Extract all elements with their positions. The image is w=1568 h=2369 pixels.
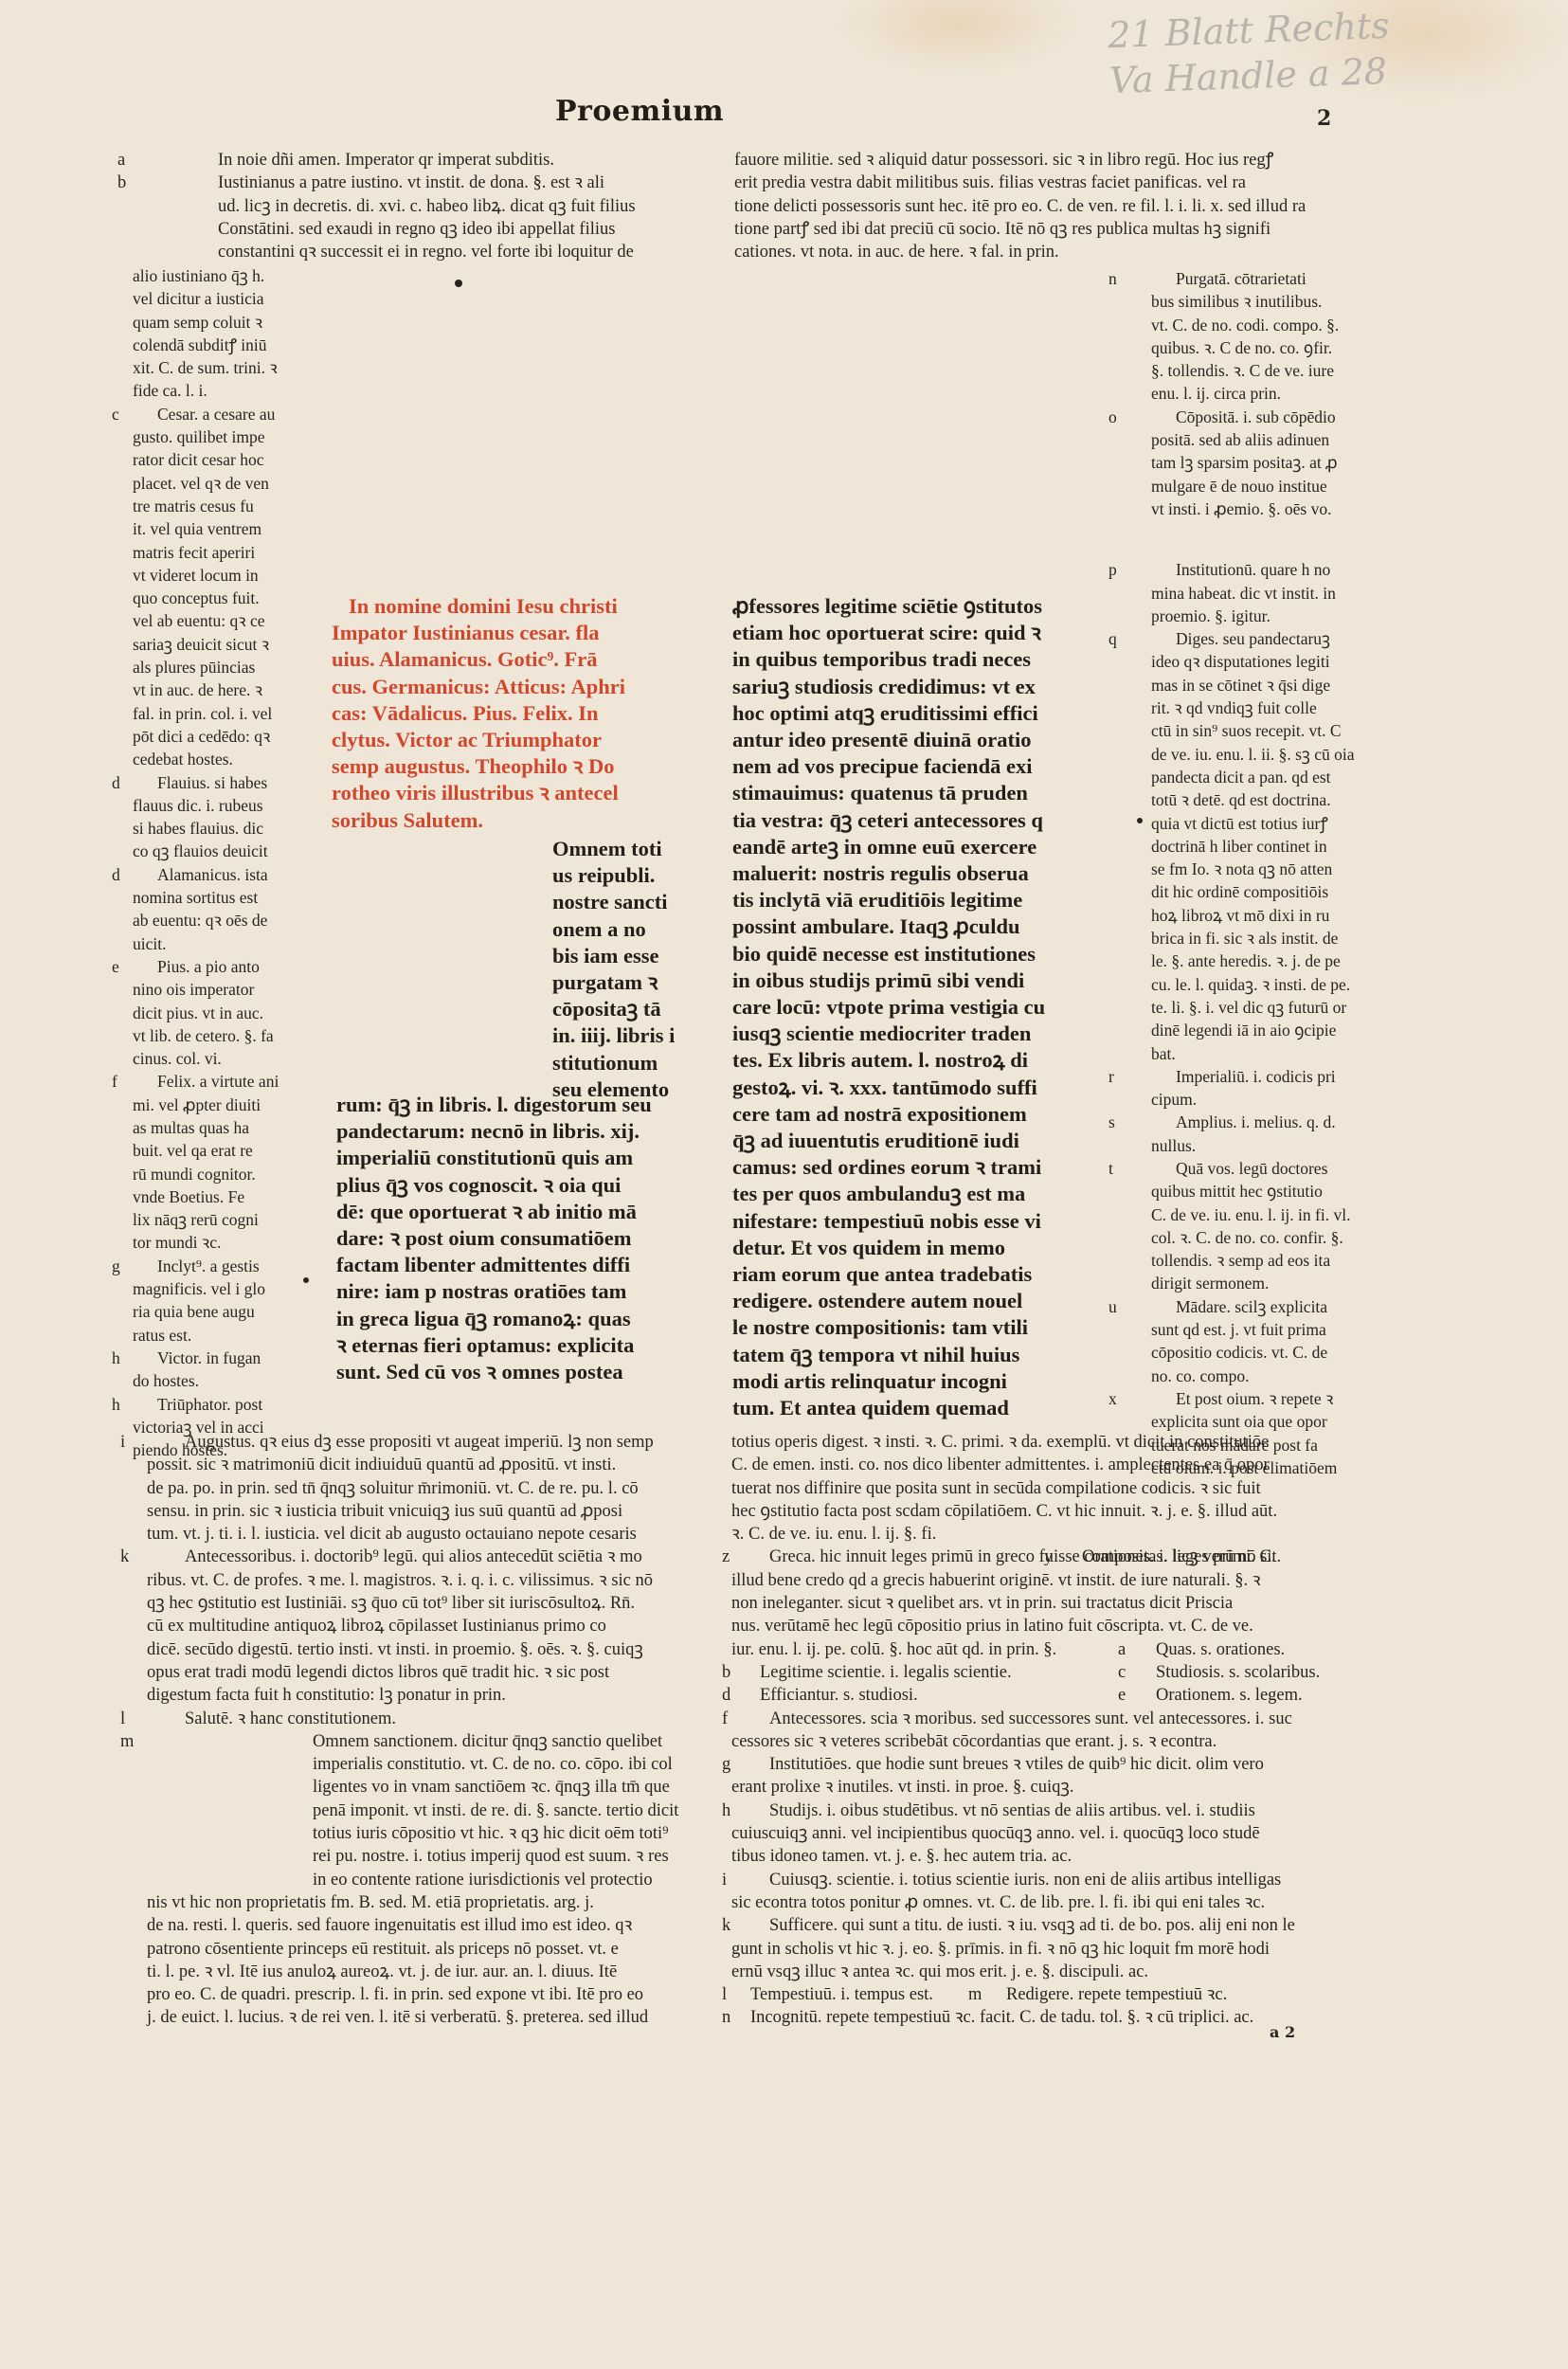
gloss-line: cipum.	[1151, 1088, 1388, 1111]
gloss-line: dicit pius. vt in auc.	[133, 1002, 332, 1024]
rubric-line: cus. Germanicus: Atticus: Aphri	[332, 674, 730, 700]
gloss-line: se fm Io. ꝛ nota qꝫ nō atten	[1151, 858, 1388, 880]
gloss-line: vt videret locum in	[133, 564, 332, 587]
gloss-line: Antecessores. scia ꝛ moribus. sed succes…	[731, 1708, 1357, 1730]
gloss-note-q: qDiges. seu pandectaruꝫideo qꝛ disputati…	[1151, 627, 1388, 1065]
gloss-line: le. §. ante heredis. ꝛ. j. de pe	[1151, 949, 1388, 972]
main-line: detur. Et vos quidem in memo	[732, 1235, 1111, 1261]
note-letter: e	[112, 955, 135, 978]
main-line: modi artis relinquatur incogni	[732, 1368, 1111, 1395]
gloss-line: nis vt hic non proprietatis fm. B. sed. …	[130, 1891, 717, 1914]
gloss-line: vt. C. de no. codi. compo. §.	[1151, 314, 1388, 336]
note-letter: h	[722, 1799, 745, 1822]
gloss-line: tre matris cesus fu	[133, 495, 332, 517]
gloss-line: fauore militie. sed ꝛ aliquid datur poss…	[734, 149, 1350, 172]
gloss-line: bus similibus ꝛ inutilibus.	[1151, 290, 1388, 313]
gloss-line: in eo contente ratione iurisdictionis ve…	[313, 1869, 717, 1891]
gloss-note-c: cCesar. a cesare augusto. quilibet imper…	[133, 403, 332, 771]
note-letter: d	[722, 1684, 730, 1707]
gloss-line: tam lꝫ sparsim positaꝫ. at ꝓ	[1151, 451, 1388, 474]
gloss-line: gunt in scholis vt hic ꝛ. j. eo. §. prīm…	[731, 1938, 1357, 1961]
gloss-line: it. vel quia ventrem	[133, 517, 332, 540]
gloss-line: ti. l. pe. ꝛ vl. Itē ius anuloꝝ aureoꝝ. …	[130, 1961, 717, 1983]
main-line: possint ambulare. Itaqꝫ ꝓculdu	[732, 913, 1111, 940]
gloss-pair-row: dEfficiantur. s. studiosi.eOrationem. s.…	[731, 1684, 1357, 1707]
water-stain	[834, 0, 1080, 76]
main-line: rum: q̄ꝫ in libris. l. digestorum seu	[336, 1092, 734, 1118]
gloss-line: explicita sunt oia que opor	[1151, 1410, 1388, 1433]
gloss-line: cinus. col. vi.	[133, 1047, 332, 1070]
gloss-line: Felix. a virtute ani	[133, 1070, 332, 1093]
gloss-line: Cesar. a cesare au	[133, 403, 332, 425]
gloss-line: erit predia vestra dabit militibus suis.…	[734, 172, 1350, 194]
gloss-line: totū ꝛ detē. qd est doctrina.	[1151, 788, 1388, 811]
gloss-bottom-right-continuation: totius operis digest. ꝛ insti. ꝛ. C. pri…	[731, 1431, 1357, 1546]
main-line: stitutionum	[552, 1050, 723, 1076]
note-letter: b	[722, 1661, 730, 1684]
gloss-line: Antecessoribus. i. doctorib⁹ legū. qui a…	[147, 1546, 717, 1568]
gloss-line: penā imponit. vt insti. de re. di. §. sa…	[313, 1799, 717, 1822]
gloss-line: de na. resti. l. queris. sed fauore inge…	[130, 1914, 717, 1937]
gloss-line: sariaꝫ deuicit sicut ꝛ	[133, 633, 332, 656]
gloss-line: Imperialiū. i. codicis pri	[1151, 1065, 1388, 1088]
gloss-line: Omnem sanctionem. dicitur q̄nqꝫ sanctio …	[313, 1730, 717, 1753]
gloss-note-n: n Incognitū. repete tempestiuū ꝛc. facit…	[731, 2006, 1357, 2029]
rubric-line: uius. Alamanicus. Gotic⁹. Frā	[332, 646, 730, 673]
gloss-line: tor mundi ꝛc.	[133, 1231, 332, 1254]
gloss-line: buit. vel qa erat re	[133, 1139, 332, 1162]
gloss-line: Mādare. scilꝫ explicita	[1151, 1295, 1388, 1318]
gloss-line: te. li. §. i. vel dic qꝫ futurū or	[1151, 996, 1388, 1019]
running-head: Proemium	[555, 95, 724, 128]
gloss-note-l: lSalutē. ꝛ hanc constitutionem.	[130, 1708, 717, 1730]
gloss-line: Incognitū. repete tempestiuū ꝛc. facit. …	[750, 2008, 1253, 2027]
gloss-line: opus erat tradi modū legendi dictos libr…	[147, 1661, 717, 1684]
main-line: tum. Et antea quidem quemad	[732, 1395, 1111, 1421]
gloss-note-t: tQuā vos. legū doctoresquibus mittit hec…	[1151, 1157, 1388, 1295]
rubric-line: rotheo viris illustribus ꝛ antecel	[332, 780, 730, 806]
gloss-line: as multas quas ha	[133, 1116, 332, 1139]
gloss-line: pandecta dicit a pan. qd est	[1151, 766, 1388, 788]
gloss-line: tione partꝭ sed ibi dat preciū cū socio.…	[734, 218, 1350, 241]
gloss-note-l-m: l Tempestiuū. i. tempus est. m Redigere.…	[731, 1983, 1357, 2006]
main-line: q̄ꝫ ad iuuentutis eruditionē iudi	[732, 1128, 1111, 1154]
gloss-line: Purgatā. cōtrarietati	[1151, 267, 1388, 290]
gloss-bottom-right-items: fAntecessores. scia ꝛ moribus. sed succe…	[731, 1708, 1357, 1984]
note-letter: h	[112, 1393, 135, 1416]
main-line: maluerit: nostris regulis obserua	[732, 860, 1111, 887]
gloss-line: ligentes vo in vnam sanctiōem ꝛc. q̄nqꝫ …	[313, 1776, 717, 1799]
main-line: in greca ligua q̄ꝫ romanoꝝ: quas	[336, 1306, 734, 1332]
gloss-line: tuerat nos diffinire que posita sunt in …	[731, 1477, 1357, 1500]
gloss-note-d: dAlamanicus. istanomina sortitus estab e…	[133, 863, 332, 955]
main-line: cere tam ad nostrā expositionem	[732, 1101, 1111, 1128]
main-line: tes per quos ambulanduꝫ est ma	[732, 1181, 1111, 1207]
gloss-line: ctū in sin⁹ suos recepit. vt. C	[1151, 719, 1388, 742]
gloss-line: Quā vos. legū doctores	[1151, 1157, 1388, 1180]
main-line: etiam hoc oportuerat scire: quid ꝛ	[732, 620, 1111, 646]
gloss-line: rit. ꝛ qd vndiqꝫ fuit colle	[1151, 696, 1388, 719]
note-letter: d	[112, 863, 135, 886]
gloss-note-n: nPurgatā. cōtrarietatibus similibus ꝛ in…	[1151, 267, 1388, 406]
pencil-line: 21 Blatt Rechts	[1107, 5, 1390, 56]
note-letter: i	[722, 1869, 745, 1891]
gloss-line: cōpositio codicis. vt. C. de	[1151, 1341, 1388, 1364]
gloss-line: Institutionū. quare h no	[1151, 558, 1388, 581]
main-line: nifestare: tempestiuū nobis esse vi	[732, 1208, 1111, 1235]
gloss-note-f: fFelix. a virtute animi. vel ꝓpter diuit…	[133, 1070, 332, 1254]
main-line: factam libenter admittentes diffi	[336, 1252, 734, 1278]
gloss-line: hec ꝯstitutio facta post scdam cōpilatiō…	[731, 1500, 1357, 1523]
note-letter: z	[722, 1546, 745, 1568]
gloss-line: pōt dici a cedēdo: qꝛ	[133, 725, 332, 748]
gloss-note-h: hStudijs. i. oibus studētibus. vt nō sen…	[731, 1799, 1357, 1869]
gloss-line: Augustus. qꝛ eius dꝫ esse propositi vt a…	[147, 1431, 717, 1454]
gloss-note-g: gInclyt⁹. a gestismagnificis. vel i glor…	[133, 1255, 332, 1347]
gloss-line: gusto. quilibet impe	[133, 425, 332, 448]
signature-mark: a 2	[1270, 2023, 1295, 2041]
gloss-bottom-right: totius operis digest. ꝛ insti. ꝛ. C. pri…	[731, 1431, 1357, 2030]
gloss-line: vt insti. i ꝓemio. §. oēs vo.	[1151, 497, 1388, 520]
main-line: dē: que oportuerat ꝛ ab initio mā	[336, 1199, 734, 1225]
gloss-line: ernū vsqꝫ illuc ꝛ antea ꝛc. qui mos erit…	[731, 1961, 1357, 1983]
note-letter: u	[1108, 1295, 1131, 1318]
gloss-note-o: oCōpositā. i. sub cōpēdiopositā. sed ab …	[1151, 406, 1388, 520]
gloss-line: patrono cōsentiente princeps eū restitui…	[130, 1938, 717, 1961]
main-text-wide: rum: q̄ꝫ in libris. l. digestorum seu pa…	[336, 1092, 734, 1385]
ink-speck	[455, 280, 462, 287]
gloss-note-k: kAntecessoribus. i. doctorib⁹ legū. qui …	[130, 1546, 717, 1707]
main-line: pandectarum: necnō in libris. xij.	[336, 1118, 734, 1145]
gloss-line: Flauius. si habes	[133, 771, 332, 794]
gloss-line: doctrinā h liber continet in	[1151, 835, 1388, 858]
gloss-line: erant prolixe ꝛ inutiles. vt insti. in p…	[731, 1776, 1357, 1799]
gloss-line: dicē. secūdo digestū. tertio insti. vt i…	[147, 1638, 717, 1661]
gloss-line: nullus.	[1151, 1134, 1388, 1157]
gloss-line: sensu. in prin. sic ꝛ iusticia tribuit v…	[147, 1500, 717, 1523]
gloss-line: Diges. seu pandectaruꝫ	[1151, 627, 1388, 650]
gloss-note-h: hVictor. in fugando hostes.	[133, 1347, 332, 1393]
main-text-column-2: ꝓfessores legitime sciētie ꝯstitutosetia…	[732, 593, 1111, 1421]
gloss-line: Sufficere. qui sunt a titu. de iusti. ꝛ …	[731, 1914, 1357, 1937]
gloss-line: C. de emen. insti. co. nos dico libenter…	[731, 1454, 1357, 1476]
gloss-line: vt in auc. de here. ꝛ	[133, 678, 332, 701]
gloss-line: Constātini. sed exaudi in regno qꝫ ideo …	[218, 218, 692, 241]
main-line: Omnem toti	[552, 836, 723, 862]
gloss-line: bat.	[1151, 1042, 1388, 1065]
gloss-line: §. tollendis. ꝛ. C de ve. iure	[1151, 359, 1388, 382]
gloss-line: tibus idoneo tamen. vt. j. e. §. hec aut…	[731, 1845, 1357, 1868]
main-line: plius q̄ꝫ vos cognoscit. ꝛ oia qui	[336, 1172, 734, 1199]
gloss-line: ꝛ. C. de ve. iu. enu. l. ij. §. fi.	[731, 1523, 1357, 1546]
gloss-line: fide ca. l. i.	[133, 379, 332, 402]
rubric-heading: In nomine domini Iesu christi Impator Iu…	[332, 593, 730, 834]
main-line: antur ideo presentē diuinā oratio	[732, 727, 1111, 753]
gloss-line: placet. vel qꝛ de ven	[133, 472, 332, 495]
gloss-line: colendā subditꝭ iniū	[133, 334, 332, 356]
gloss-line: vt lib. de cetero. §. fa	[133, 1024, 332, 1047]
gloss-top-left: a In noie dñi amen. Imperator qr imperat…	[218, 149, 692, 263]
gloss-left-column: alio iustiniano q̄ꝫ h. vel dicitur a ius…	[133, 264, 332, 1461]
main-line: bio quidē necesse est institutiones	[732, 941, 1111, 967]
gloss-line: flauus dic. i. rubeus	[133, 794, 332, 817]
gloss-line: Studijs. i. oibus studētibus. vt nō sent…	[731, 1799, 1357, 1822]
gloss-line: hoꝝ libroꝝ vt mō dixi in ru	[1151, 904, 1388, 927]
gloss-note-d: dFlauius. si habesflauus dic. i. rubeuss…	[133, 771, 332, 863]
note-letter: r	[1108, 1065, 1131, 1088]
note-letter: s	[1108, 1111, 1131, 1133]
main-line: nem ad vos precipue faciendā exi	[732, 753, 1111, 780]
gloss-m-indented: Omnem sanctionem. dicitur q̄nqꝫ sanctio …	[313, 1730, 717, 1891]
main-line: gestoꝝ. vi. ꝛ. xxx. tantūmodo suffi	[732, 1075, 1111, 1101]
gloss-note-e: ePius. a pio antonino ois imperatordicit…	[133, 955, 332, 1070]
rubric-line: clytus. Victor ac Triumphator	[332, 727, 730, 753]
note-letter: b	[117, 172, 140, 194]
note-letter: h	[112, 1347, 135, 1369]
gloss-note-s: sAmplius. i. melius. q. d.nullus.	[1151, 1111, 1388, 1157]
gloss-line: si habes flauius. dic	[133, 817, 332, 840]
gloss-line: vnde Boetius. Fe	[133, 1185, 332, 1208]
main-line: in. iiij. libris i	[552, 1022, 723, 1049]
gloss-line: cationes. vt nota. in auc. de here. ꝛ fa…	[734, 241, 1350, 263]
gloss-line: ribus. vt. C. de profes. ꝛ me. l. magist…	[147, 1569, 717, 1592]
main-line: tes. Ex libris autem. l. nostroꝝ di	[732, 1047, 1111, 1074]
main-line: hoc optimi atqꝫ eruditissimi effici	[732, 700, 1111, 727]
gloss-right-column: nPurgatā. cōtrarietatibus similibus ꝛ in…	[1151, 267, 1388, 1479]
gloss-line: mulgare ē de nouo institue	[1151, 475, 1388, 497]
gloss-line: illud bene credo qd a grecis habuerint o…	[731, 1569, 1357, 1592]
main-line: nire: iam p nostras oratiōes tam	[336, 1278, 734, 1305]
gloss-line: de pa. po. in prin. sed tn̄ q̄nqꝫ soluit…	[147, 1477, 717, 1500]
gloss-line: cū ex multitudine antiquoꝝ libroꝝ cōpila…	[147, 1615, 717, 1637]
gloss-line: vel dicitur a iusticia	[133, 287, 332, 310]
gloss-line: Cōpositā. i. sub cōpēdio	[1151, 406, 1388, 428]
gloss-left-items: cCesar. a cesare augusto. quilibet imper…	[133, 403, 332, 1462]
main-line: tis inclytā viā eruditiōis legitime	[732, 887, 1111, 913]
gloss-line: mina habeat. dic vt instit. in	[1151, 582, 1388, 605]
main-line: iusqꝫ scientie mediocriter traden	[732, 1021, 1111, 1047]
gloss-line-with-y: ꝛ. C. de ve. iu. enu. l. ij. §. fi.yOrat…	[731, 1523, 1357, 1546]
main-line: riam eorum que antea tradebatis	[732, 1261, 1111, 1288]
gloss-line: digestum facta fuit h constitutio: lꝫ po…	[147, 1684, 717, 1707]
pencil-line: Va Handle a 28	[1108, 50, 1387, 101]
gloss-right-items: nPurgatā. cōtrarietatibus similibus ꝛ in…	[1151, 267, 1388, 1479]
gloss-line: mi. vel ꝓpter diuiti	[133, 1094, 332, 1116]
gloss-line: cessores sic ꝛ veteres scribebāt cōcorda…	[731, 1730, 1357, 1753]
gloss-line: nomina sortitus est	[133, 886, 332, 909]
note-letter: n	[722, 2006, 745, 2029]
gloss-line: vel ab euentu: qꝛ ce	[133, 609, 332, 632]
gloss-line: Salutē. ꝛ hanc constitutionem.	[147, 1708, 717, 1730]
gloss-line: ab euentu: qꝛ oēs de	[133, 909, 332, 931]
gloss-line: alio iustiniano q̄ꝫ h.	[133, 264, 332, 287]
gloss-line: sic econtra totos ponitur ꝓ omnes. vt. C…	[731, 1891, 1357, 1914]
gloss-line: tum. vt. j. ti. i. l. iusticia. vel dici…	[147, 1523, 717, 1546]
column-2-lines: ꝓfessores legitime sciētie ꝯstitutosetia…	[732, 593, 1111, 1421]
main-line: eandē arteꝫ in omne euū exercere	[732, 834, 1111, 860]
note-letter: e	[1118, 1684, 1126, 1707]
rubric-line: soribus Salutem.	[332, 807, 730, 834]
gloss-line: pro eo. C. de quadri. prescrip. l. fi. i…	[130, 1983, 717, 2006]
gloss-line: Alamanicus. ista	[133, 863, 332, 886]
note-letter: o	[1108, 406, 1131, 428]
gloss-line: no. co. compo.	[1151, 1365, 1388, 1387]
rubric-line: Impator Iustinianus cesar. fla	[332, 620, 730, 646]
pencil-annotation: 21 Blatt Rechts Va Handle a 28	[1107, 3, 1392, 103]
gloss-line: Institutiōes. que hodie sunt breues ꝛ vt…	[731, 1753, 1357, 1776]
gloss-note-b: b Iustinianus a patre iustino. vt instit…	[218, 172, 692, 263]
main-line: tatem q̄ꝫ tempora vt nihil huius	[732, 1342, 1111, 1368]
gloss-line: brica in fi. sic ꝛ als instit. de	[1151, 927, 1388, 949]
gloss-top-right: fauore militie. sed ꝛ aliquid datur poss…	[734, 149, 1350, 263]
gloss-line: Legitime scientie. i. legalis scientie.	[760, 1661, 1012, 1684]
gloss-line: Efficiantur. s. studiosi.	[760, 1684, 918, 1707]
main-line: tia vestra: q̄ꝫ ceteri antecessores q	[732, 807, 1111, 834]
gloss-line: positā. sed ab aliis adinuen	[1151, 428, 1388, 451]
gloss-line: dinē legendi iā in aio ꝯcipie	[1151, 1019, 1388, 1041]
main-line: care locū: vtpote prima vestigia cu	[732, 994, 1111, 1021]
gloss-line: Studiosis. s. scolaribus.	[1156, 1661, 1320, 1684]
gloss-line: C. de ve. iu. enu. l. ij. in fi. vl.	[1151, 1203, 1388, 1226]
gloss-line: ratus est.	[133, 1324, 332, 1347]
gloss-line: dit hic ordinē compositiōis	[1151, 880, 1388, 903]
note-letter: f	[112, 1070, 135, 1093]
main-line: cōpositaꝫ tā	[552, 996, 723, 1022]
gloss-line: col. ꝛ. C. de no. co. confir. §.	[1151, 1226, 1388, 1249]
gloss-line: lix nāqꝫ rerū cogni	[133, 1208, 332, 1231]
gloss-line: qꝫ hec ꝯstitutio est Iustiniāi. sꝫ q̄uo …	[147, 1592, 717, 1615]
gloss-line: imperialis constitutio. vt. C. de no. co…	[313, 1753, 717, 1776]
gloss-line: Victor. in fugan	[133, 1347, 332, 1369]
main-line: sunt. Sed cū vos ꝛ omnes postea	[336, 1359, 734, 1385]
gloss-pair-row: bLegitime scientie. i. legalis scientie.…	[731, 1661, 1357, 1684]
gloss-line: Pius. a pio anto	[133, 955, 332, 978]
gloss-line: de ve. iu. enu. l. ii. §. sꝫ cū oia	[1151, 743, 1388, 766]
rubric-line: semp augustus. Theophilo ꝛ Do	[332, 753, 730, 780]
ink-speck	[303, 1277, 309, 1283]
gloss-line: rator dicit cesar hoc	[133, 448, 332, 471]
gloss-line: Triūphator. post	[133, 1393, 332, 1416]
rubric-line: In nomine domini Iesu christi	[332, 593, 730, 620]
note-letter: g	[112, 1255, 135, 1277]
note-letter: p	[1108, 558, 1131, 581]
gloss-line: cuiuscuiqꝫ anni. vel incipientibus quocū…	[731, 1822, 1357, 1845]
gloss-line: rei pu. nostre. i. totius imperij quod e…	[313, 1845, 717, 1868]
gloss-note-p: pInstitutionū. quare h nomina habeat. di…	[1151, 558, 1388, 627]
gloss-line: fal. in prin. col. i. vel	[133, 702, 332, 725]
gloss-line: Greca. hic innuit leges primū in greco f…	[731, 1546, 1357, 1568]
gloss-line: mas in se cōtinet ꝛ q̄si dige	[1151, 674, 1388, 696]
gloss-bottom-left: iAugustus. qꝛ eius dꝫ esse propositi vt …	[130, 1431, 717, 2030]
main-line: nostre sancti	[552, 889, 723, 915]
main-line: ꝛ eternas fieri optamus: explicita	[336, 1332, 734, 1359]
main-line: dare: ꝛ post oium consumatiōem	[336, 1225, 734, 1252]
rubric-line: cas: Vādalicus. Pius. Felix. In	[332, 700, 730, 727]
gloss-line: cu. le. l. quidaꝫ. ꝛ insti. de pe.	[1151, 973, 1388, 996]
gloss-line: dirigit sermonem.	[1151, 1272, 1388, 1294]
main-line: us reipubli.	[552, 862, 723, 889]
main-line: camus: sed ordines eorum ꝛ trami	[732, 1154, 1111, 1181]
gloss-note-u: uMādare. scilꝫ explicitasunt qd est. j. …	[1151, 1295, 1388, 1387]
main-line: ꝓfessores legitime sciētie ꝯstitutos	[732, 593, 1111, 620]
gloss-line: Inclyt⁹. a gestis	[133, 1255, 332, 1277]
note-letter: t	[1108, 1157, 1131, 1180]
gloss-line: cedebat hostes.	[133, 748, 332, 770]
gloss-line: nino ois imperator	[133, 978, 332, 1001]
gloss-line: quibus. ꝛ. C de no. co. ꝯfir.	[1151, 336, 1388, 359]
gloss-line: Cuiusqꝫ. scientie. i. totius scientie iu…	[731, 1869, 1357, 1891]
note-letter: d	[112, 771, 135, 794]
gloss-note-m: m Omnem sanctionem. dicitur q̄nqꝫ sancti…	[130, 1730, 717, 2030]
gloss-line: sunt qd est. j. vt fuit prima	[1151, 1318, 1388, 1341]
note-letter: g	[722, 1753, 745, 1776]
gloss-line: uicit.	[133, 932, 332, 955]
main-line: sariuꝫ studiosis credidimus: vt ex	[732, 674, 1111, 700]
note-letter: a	[1118, 1638, 1126, 1661]
gloss-line: tione delicti possessoris sunt hec. itē …	[734, 195, 1350, 218]
note-letter: m	[968, 1983, 982, 2006]
gloss-line: quia vt dictū est totius iurꝭ	[1151, 812, 1388, 835]
gloss-line: proemio. §. igitur.	[1151, 605, 1388, 627]
note-letter: c	[1118, 1661, 1126, 1684]
gloss-line: Redigere. repete tempestiuū ꝛc.	[1006, 1983, 1227, 2006]
main-line: purgatam ꝛ	[552, 969, 723, 996]
main-line: bis iam esse	[552, 943, 723, 969]
gloss-line: enu. l. ij. circa prin.	[1151, 382, 1388, 405]
gloss-line: als plures pūincias	[133, 656, 332, 678]
note-letter: k	[120, 1546, 143, 1568]
gloss-line: non ineleganter. sicut ꝛ quelibet ars. v…	[731, 1592, 1357, 1615]
ink-speck	[1137, 818, 1143, 823]
gloss-note-r: rImperialiū. i. codicis pricipum.	[1151, 1065, 1388, 1112]
gloss-line: co qꝫ flauios deuicit	[133, 840, 332, 862]
gloss-note-a: a In noie dñi amen. Imperator qr imperat…	[218, 149, 692, 172]
main-line: redigere. ostendere autem nouel	[732, 1288, 1111, 1314]
gloss-m-full: nis vt hic non proprietatis fm. B. sed. …	[130, 1891, 717, 2030]
gloss-note-g: gInstitutiōes. que hodie sunt breues ꝛ v…	[731, 1753, 1357, 1799]
note-letter: k	[722, 1914, 745, 1937]
note-letter: l	[120, 1708, 143, 1730]
gloss-note-f: fAntecessores. scia ꝛ moribus. sed succe…	[731, 1708, 1357, 1754]
gloss-line: Amplius. i. melius. q. d.	[1151, 1111, 1388, 1133]
gloss-line: rū mundi cognitor.	[133, 1163, 332, 1185]
gloss-line: In noie dñi amen. Imperator qr imperat s…	[218, 149, 692, 172]
gloss-line: matris fecit aperiri	[133, 541, 332, 564]
note-letter: c	[112, 403, 135, 425]
gloss-line: xit. C. de sum. trini. ꝛ	[133, 356, 332, 379]
note-letter: a	[117, 149, 140, 172]
gloss-line: Tempestiuū. i. tempus est.	[750, 1985, 933, 2004]
main-line: in oibus studijs primū sibi vendi	[732, 967, 1111, 994]
note-letter: q	[1108, 627, 1131, 650]
gloss-bottom-left-items: iAugustus. qꝛ eius dꝫ esse propositi vt …	[130, 1431, 717, 1730]
gloss-line: ideo qꝛ disputationes legiti	[1151, 650, 1388, 673]
gloss-line: tollendis. ꝛ semp ad eos ita	[1151, 1249, 1388, 1272]
gloss-line: Iustinianus a patre iustino. vt instit. …	[218, 172, 692, 194]
gloss-line: Et post oium. ꝛ repete ꝛ	[1151, 1387, 1388, 1410]
gloss-line: nus. verūtamē hec legū cōpositio prius i…	[731, 1615, 1357, 1637]
gloss-line: possit. sic ꝛ matrimoniū dicit indiuiduū…	[147, 1454, 717, 1476]
gloss-line: Orationem. s. legem.	[1156, 1684, 1303, 1707]
gloss-line: ria quia bene augu	[133, 1300, 332, 1323]
main-text-narrow: Omnem toti us reipubli. nostre sancti on…	[552, 836, 723, 1103]
note-letter: i	[120, 1431, 143, 1454]
folio-number: 2	[1317, 106, 1331, 131]
gloss-line: Quas. s. orationes.	[1156, 1638, 1285, 1661]
gloss-line: constantini qꝛ successit ei in regno. ve…	[218, 241, 692, 263]
note-letter: l	[722, 1983, 745, 2006]
gloss-bottom-right-pairs: aQuas. s. orationes.bLegitime scientie. …	[731, 1638, 1357, 1708]
